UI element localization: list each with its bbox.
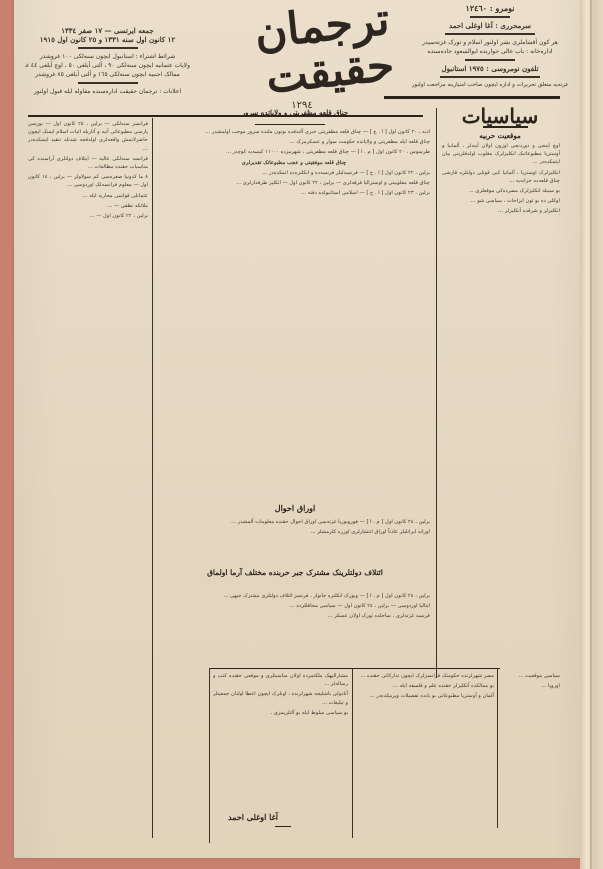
article-paragraph: اوچ اینجی و دوردنجی اوزون اولان آینه‌لر … [442, 142, 560, 167]
article-paragraph: فرانسز سنه‌لکی — برلین ، ٢٥ کانون اول — … [28, 120, 148, 153]
author-signature: آغا اوغلی احمد [228, 812, 278, 822]
description-line: هر کون آقشاملری نشر اولنور اسلام و تورک … [400, 38, 580, 47]
subscription-line: ولایات عثمانیه ایچون سنه‌لکی ٩٠ ، آلتی آ… [25, 61, 190, 70]
article-paragraph: انکلیزلرک اوستریا ، آلمانیا کبی قوتلی دو… [442, 169, 560, 185]
center-column-mid: برلین ، ٢٤ کانون اول [ م . ا ] — فوروبور… [158, 518, 430, 568]
column-divider [209, 668, 210, 843]
bottom-center-column: مشارالیهک ملکتمزده اولان مناسبتلری و موق… [213, 672, 348, 812]
article-paragraph: بو ممالکده آنکلیزلر حقنده علم و فلسفه ای… [356, 682, 494, 690]
article-paragraph: بو سیاسی سلوط ایله بو آلتلریمزی . [213, 709, 348, 717]
masthead-footer: غزته‌یه متعلق تحریرات و اداره ایچون صاحب… [400, 81, 580, 90]
signature-rule [275, 826, 291, 827]
article-paragraph: فرنسه غزته‌لری ، ساحلده تورک اولان عسکر … [158, 612, 430, 620]
article-paragraph: چناق قلعه مغلوبیتی و اوسترالیا فرقه‌لری … [158, 179, 430, 187]
divider [445, 33, 535, 35]
article-paragraph: عثمانلی قواسی محاربه ایله ... [28, 192, 148, 200]
newspaper-title: ترجمان حقیقت [208, 0, 397, 107]
article-paragraph: اوروپا ... [500, 682, 560, 690]
section-title-siyasiyat: سیاسیات [440, 104, 560, 128]
column-divider [436, 108, 437, 678]
article-paragraph: ایتالیا اوردوسی — برلین ، ٢٤ کانون اول —… [158, 602, 430, 610]
article-paragraph: برلین ، ٢٤ کانون اول [ م . ا ] — فوروبور… [158, 518, 430, 526]
article-paragraph: مصر شهرلرنده حکومتک فرانسزلرک ایچون تدار… [356, 672, 494, 680]
headline-awraq: اوراق احوال [160, 503, 430, 513]
divider [470, 16, 510, 18]
article-paragraph: ٨ ما کدونیا صغره‌سی کم سولاولر — برلین ،… [28, 173, 148, 189]
article-paragraph: بو سببله انکلیزلرک مصرده‌کی موقعلری ... [442, 187, 560, 195]
masthead-rule-right [384, 96, 560, 99]
issue-number: نومرو : ١٢٤٦٠ [400, 4, 580, 13]
article-paragraph: اوکلی ده بو تون ایزاحات ، سیاسی شو ... [442, 197, 560, 205]
section-rule [210, 668, 500, 669]
section-title-underline [483, 126, 528, 128]
publication-date: ١٢ کانون اول سنه ١٣٣١ و ٢٥ کانون اول ١٩١… [25, 35, 190, 44]
article-paragraph: برلین ، ٢٤ کانون اول [ م . ا ] — ویورک ا… [158, 592, 430, 600]
subscription-line: شرائط اشتراء : استانبول ایچون سنه‌لکی ١٠… [25, 52, 190, 61]
publication-day: جمعه ایرتسی — ١٧ صفر ١٣٣٤ [25, 26, 190, 35]
phone-line: تلفون نومروسی : ١٩٧٥ استانبول [400, 64, 580, 73]
headline-canakkale: چناق قلعه مظفریتی و ولایاتده سرور [160, 108, 430, 117]
right-column: اوچ اینجی و دوردنجی اوزون اولان آینه‌لر … [442, 142, 560, 667]
article-paragraph: طرسوس ، ٢٠ کانون اول [ م . ا ] — چناق قل… [158, 148, 430, 156]
fold-line [590, 0, 592, 869]
subscription-line: ممالک اجنبیه ایچون سنه‌لکی ١٦٥ و آلتی آی… [25, 70, 190, 79]
article-subhead: چناق قلعه موفقیتی و عجب مطبوعاتک تقدیرلر… [158, 159, 430, 167]
center-column-bottom: برلین ، ٢٤ کانون اول [ م . ا ] — ویورک ا… [158, 592, 430, 667]
column-divider [152, 118, 153, 838]
article-paragraph: انکلیزلر و شرقده آنکلیزلر ... [442, 207, 560, 215]
headline-underline [255, 124, 325, 125]
article-paragraph: فرانسه سنه‌لکی عالیه — ایتلاف دولتلری آر… [28, 155, 148, 171]
ads-line: اعلانات : ترجمان حقیقت اداره‌سنده مقاوله… [25, 87, 190, 96]
article-paragraph: برلین ، ٢٢ کانون اول [ ا . ح ] — فرنسه‌ل… [158, 169, 430, 177]
masthead-left-info: جمعه ایرتسی — ١٧ صفر ١٣٣٤ ١٢ کانون اول س… [25, 26, 190, 96]
article-paragraph: برلین ، ٢٢ کانون اول — ... [28, 212, 148, 220]
divider [78, 47, 138, 49]
headline-entente: ائتلاف دولتلرینک مشترک جبر حربنده مختلف … [160, 568, 430, 577]
subhead-military-situation: موقعیت حربیه [440, 131, 560, 140]
bottom-right-column: مصر شهرلرنده حکومتک فرانسزلرک ایچون تدار… [356, 672, 494, 822]
article-paragraph: سیاسی موقعیت ... [500, 672, 560, 680]
article-paragraph: چناق قلعه ایله مظفریتی و ولایاتده حکومت … [158, 138, 430, 146]
masthead-logo: ترجمان حقیقت ١٢٩٤ [212, 6, 392, 110]
divider [78, 82, 138, 84]
description-line: اداره‌خانه : باب عالی جوارنده ابوالسعود … [400, 47, 580, 56]
article-paragraph: آنادولی باشلیجه شهرلرنده ، اونلرک ایچون … [213, 690, 348, 706]
bottom-far-right-column: سیاسی موقعیت ... اوروپا ... [500, 672, 560, 822]
article-paragraph: مشارالیهک ملکتمزده اولان مناسبتلری و موق… [213, 672, 348, 688]
article-paragraph: ملائکه نطقی — ... [28, 202, 148, 210]
article-paragraph: ادنه ، ٢٠ کانون اول [ ا . ح ] — چناق قلع… [158, 128, 430, 136]
editor-line: سرمحرری : آغا اوغلی احمد [400, 21, 580, 30]
column-divider [352, 668, 353, 838]
article-paragraph: آلمان و آوستریا مطبوعاتی بو بابده تفصیلا… [356, 692, 494, 700]
masthead-right-info: نومرو : ١٢٤٦٠ سرمحرری : آغا اوغلی احمد ه… [400, 4, 580, 90]
divider [440, 76, 540, 78]
divider [465, 59, 515, 61]
article-paragraph: برلین ، ٢٣ کانون اول [ ا . ح ] — اسلامی … [158, 189, 430, 197]
left-column: فرانسز سنه‌لکی — برلین ، ٢٥ کانون اول — … [28, 120, 148, 840]
article-paragraph: اورانه ایرانلیلر عادتاً اوراق انتشارلری … [158, 528, 430, 536]
column-divider [497, 668, 498, 828]
center-column-top: ادنه ، ٢٠ کانون اول [ ا . ح ] — چناق قلع… [158, 128, 430, 458]
